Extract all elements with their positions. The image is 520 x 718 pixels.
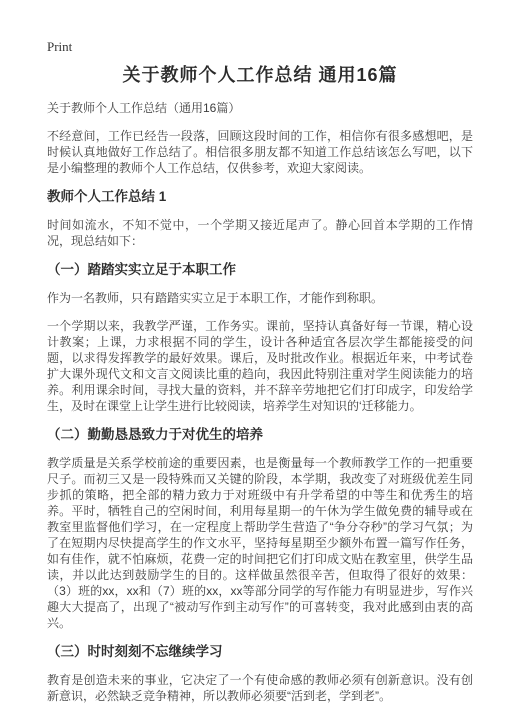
article-paragraph: 教学质量是关系学校前途的重要因素，也是衡量每一个教师教学工作的一把重要尺子。而初… bbox=[47, 455, 473, 631]
article-paragraph: 时间如流水，不知不觉中，一个学期又接近尾声了。静心回首本学期的工作情况，现总结如… bbox=[47, 217, 473, 249]
article-paragraph: 一个学期以来，我教学严谨，工作务实。课前，坚持认真备好每一节课，精心设计教案；上… bbox=[47, 318, 473, 414]
article-paragraph: 不经意间，工作已经告一段落，回顾这段时间的工作，相信你有很多感想吧，是时候认真地… bbox=[47, 128, 473, 176]
article-paragraph: 关于教师个人工作总结（通用16篇） bbox=[47, 100, 473, 116]
article-heading: （一）踏踏实实立足于本职工作 bbox=[47, 261, 473, 279]
article-heading: （三）时时刻刻不忘继续学习 bbox=[47, 643, 473, 661]
article-paragraph: 作为一名教师，只有踏踏实实立足于本职工作，才能作到称职。 bbox=[47, 290, 473, 306]
print-button[interactable]: Print bbox=[47, 40, 72, 54]
article-paragraph: 教育是创造未来的事业，它决定了一个有使命感的教师必须有创新意识。没有创新意识，必… bbox=[47, 672, 473, 704]
article-heading: （二）勤勤恳恳致力于对优生的培养 bbox=[47, 426, 473, 444]
page-title: 关于教师个人工作总结 通用16篇 bbox=[47, 62, 473, 88]
document-page: Print 关于教师个人工作总结 通用16篇 关于教师个人工作总结（通用16篇）… bbox=[0, 0, 520, 718]
article-heading: 教师个人工作总结 1 bbox=[47, 188, 473, 206]
article-body: 关于教师个人工作总结（通用16篇）不经意间，工作已经告一段落，回顾这段时间的工作… bbox=[47, 100, 473, 704]
